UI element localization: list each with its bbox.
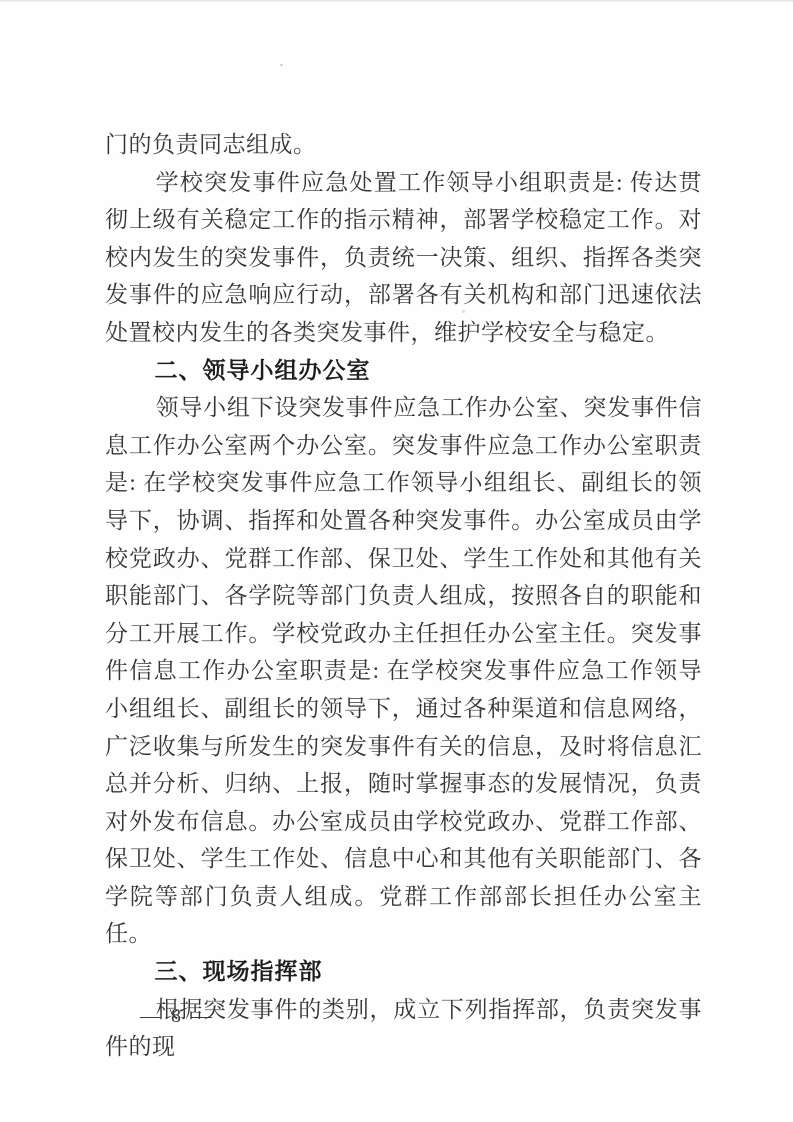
- paragraph-field-command-intro: 根据突发事件的类别，成立下列指挥部，负责突发事件的现: [105, 991, 702, 1066]
- paragraph-continuation: 门的负责同志组成。: [105, 126, 702, 164]
- page-number: — 8 —: [140, 1005, 215, 1028]
- scanned-document-page: 门的负责同志组成。 学校突发事件应急处置工作领导小组职责是: 传达贯彻上级有关稳…: [0, 0, 793, 1122]
- paragraph-leading-group-duties: 学校突发事件应急处置工作领导小组职责是: 传达贯彻上级有关稳定工作的指示精神，部…: [105, 164, 702, 352]
- scan-speck: [280, 64, 283, 66]
- section-heading-2-leading-group-office: 二、领导小组办公室: [105, 352, 702, 390]
- paragraph-office-duties: 领导小组下设突发事件应急工作办公室、突发事件信息工作办公室两个办公室。突发事件应…: [105, 389, 702, 953]
- document-body: 门的负责同志组成。 学校突发事件应急处置工作领导小组职责是: 传达贯彻上级有关稳…: [105, 126, 702, 1066]
- scan-edge-artifact: [0, 0, 793, 2]
- section-heading-3-field-command: 三、现场指挥部: [105, 953, 702, 991]
